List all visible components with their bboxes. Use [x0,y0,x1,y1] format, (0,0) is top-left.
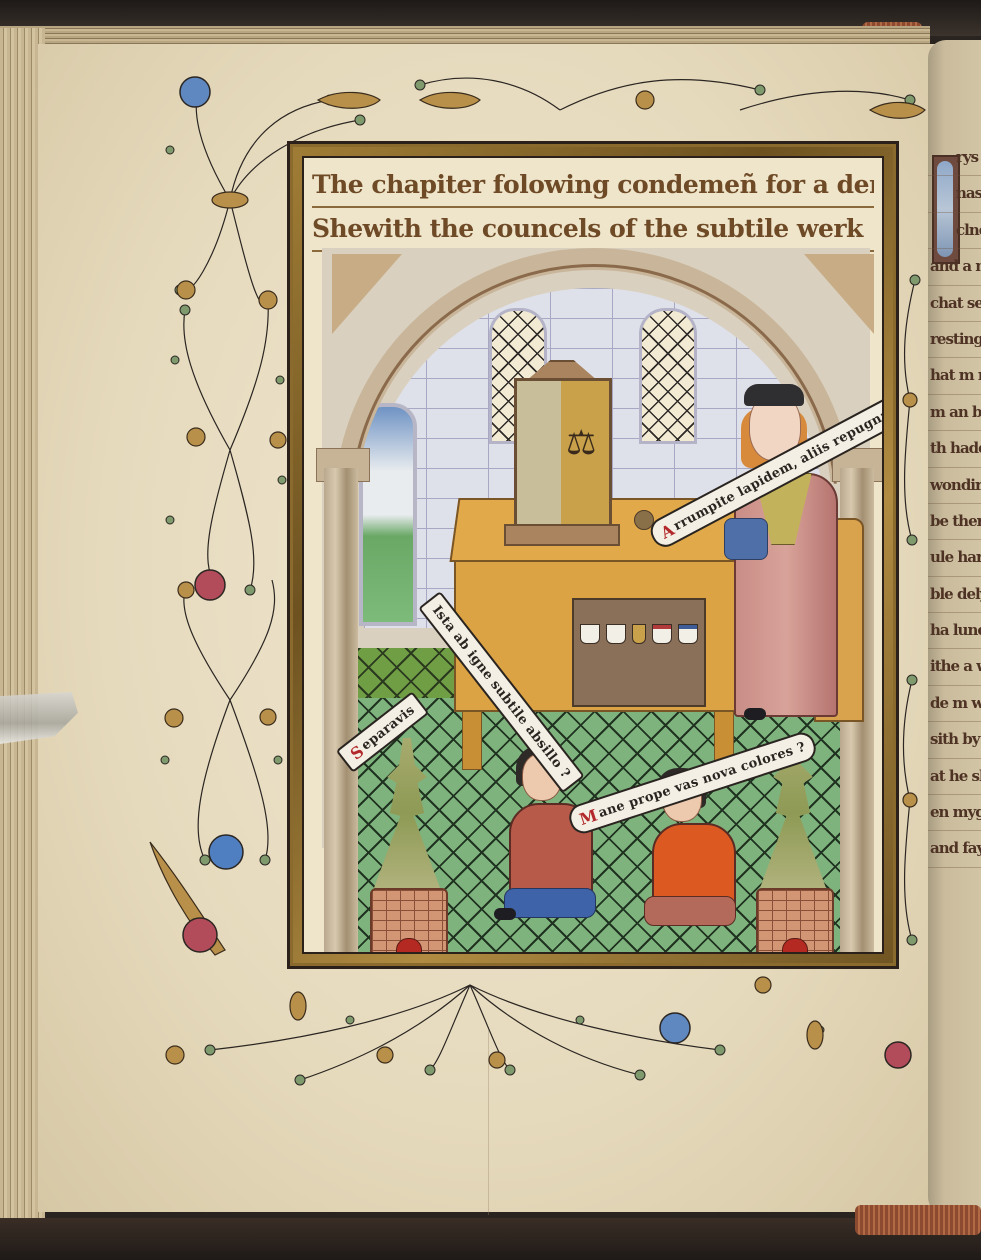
miniature-frame: The chapiter folowing condemeñ for a der… [287,141,899,969]
apprentice-right-legs [644,896,736,926]
apprentice-left-shoe [494,908,516,920]
text-line: de m was [928,686,981,722]
cup [678,624,698,644]
leather-binding-bottom [0,1218,981,1260]
tailband-thread [855,1205,981,1235]
balance-scale-icon: ⚖ [566,426,596,460]
cup [652,624,672,644]
text-line: rys [928,140,981,176]
miniature: The chapiter folowing condemeñ for a der… [302,156,884,954]
text-line: ble delyd [928,577,981,613]
text-line: nase [928,176,981,212]
heading-line-2: Shewith the councels of the subtile werk [312,208,874,252]
column-left [324,468,358,954]
master-sleeve [724,518,768,560]
furnace-right [756,888,834,954]
text-line: restinge th [928,322,981,358]
heading-line-1: The chapiter folowing condemeñ for a der… [312,164,874,208]
text-line: be ther wi [928,504,981,540]
master-cap [744,384,804,406]
facing-page: rys nase clnd and a ne chat selou restin… [928,40,981,1215]
balance-case-base [504,524,620,546]
chest [572,598,706,707]
balance-case [514,378,612,534]
text-line: ithe a wolle [928,649,981,685]
furnace-left [370,888,448,954]
apprentice-left-legs [504,888,596,918]
text-line: and a ne [928,249,981,285]
text-line: hat m ma [928,358,981,394]
page-crease [488,1030,489,1215]
text-line: th hadd [928,431,981,467]
text-line: en mygh [928,795,981,831]
text-line: ule hard [928,540,981,576]
text-line: at he slyn [928,759,981,795]
text-line: wondir su [928,468,981,504]
master-shoe [744,708,766,720]
vessels [580,624,698,644]
text-line: m an be [928,395,981,431]
text-line: and fayll s [928,831,981,867]
text-line: chat selou [928,286,981,322]
facing-page-text: rys nase clnd and a ne chat selou restin… [928,140,981,868]
alchemy-scene: ⚖ [304,248,882,952]
ewer [632,624,646,644]
text-line: clnd [928,213,981,249]
text-line: sith by his [928,722,981,758]
text-line: ha lune p [928,613,981,649]
cup [606,624,626,644]
cup [580,624,600,644]
rubric-heading: The chapiter folowing condemeñ for a der… [312,164,874,254]
